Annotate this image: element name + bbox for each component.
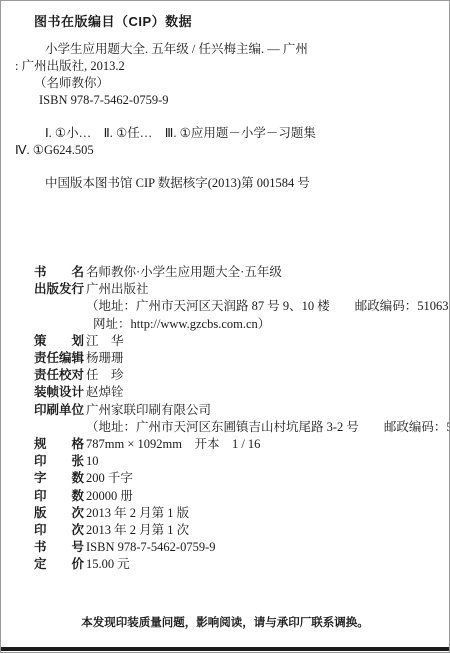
colophon-label: 出版发行: [34, 281, 84, 298]
cip-publisher-line: : 广州出版社, 2013.2: [15, 58, 449, 75]
colophon-row-designer: 装帧设计 赵焯铨: [34, 384, 449, 401]
colophon-row-proofreader: 责任校对 任 珍: [34, 367, 449, 384]
cip-series-line: （名师教你）: [34, 75, 449, 92]
colophon-row-word-count: 字数 200 千字: [34, 470, 449, 487]
colophon-row-printer-address: （地址：广州市天河区东圃镇吉山村坑尾路 3-2 号 邮政编码：510630）: [34, 419, 449, 436]
colophon-value: 任 珍: [86, 367, 124, 384]
colophon-row-impression: 印次 2013 年 2 月第 1 次: [34, 522, 449, 539]
colophon-row-publisher-website: 网址：http://www.gzcbs.com.cn）: [34, 316, 449, 333]
colophon-label: 书号: [34, 539, 84, 556]
colophon-row-price: 定价 15.00 元: [34, 556, 449, 573]
colophon-label: 印刷单位: [34, 402, 84, 419]
cip-registry-line: 中国版本图书馆 CIP 数据核字(2013)第 001584 号: [45, 175, 449, 192]
colophon-label: 规格: [34, 436, 84, 453]
cip-header: 图书在版编目（CIP）数据: [34, 13, 449, 30]
colophon-row-book-title: 书名 名师教你·小学生应用题大全·五年级: [34, 264, 449, 281]
cip-classification-line-1: Ⅰ. ①小… Ⅱ. ①任… Ⅲ. ①应用题－小学－习题集: [45, 125, 449, 142]
colophon-label: 责任编辑: [34, 350, 84, 367]
colophon-value: 2013 年 2 月第 1 版: [86, 505, 189, 522]
colophon-value: （地址：广州市天河区东圃镇吉山村坑尾路 3-2 号 邮政编码：510630）: [86, 419, 450, 436]
colophon-row-printer: 印刷单位 广州家联印刷有限公司: [34, 402, 449, 419]
colophon-label: 印次: [34, 522, 84, 539]
print-quality-notice: 本发现印装质量问题，影响阅读，请与承印厂联系调换。: [1, 616, 449, 630]
colophon-label: 字数: [34, 470, 84, 487]
colophon-value: 20000 册: [86, 488, 133, 505]
colophon-value: 赵焯铨: [86, 384, 124, 401]
colophon-value: 10: [86, 453, 99, 470]
colophon-value: 网址：http://www.gzcbs.com.cn）: [86, 316, 270, 333]
colophon-value: 名师教你·小学生应用题大全·五年级: [86, 264, 282, 281]
colophon-label: 责任校对: [34, 367, 84, 384]
colophon-row-publisher: 出版发行 广州出版社: [34, 281, 449, 298]
colophon-label: 装帧设计: [34, 384, 84, 401]
colophon-row-print-run: 印数 20000 册: [34, 488, 449, 505]
colophon-value: 200 千字: [86, 470, 133, 487]
page-bottom-edge: [1, 647, 449, 651]
colophon-value: 广州出版社: [86, 281, 149, 298]
colophon-table: 书名 名师教你·小学生应用题大全·五年级 出版发行 广州出版社 （地址：广州市天…: [1, 264, 449, 574]
colophon-row-format: 规格 787mm × 1092mm 开本 1 / 16: [34, 436, 449, 453]
colophon-row-publisher-address: （地址：广州市天河区天润路 87 号 9、10 楼 邮政编码：510635: [34, 298, 449, 315]
colophon-label: 印张: [34, 453, 84, 470]
colophon-label: [34, 298, 84, 315]
colophon-label: 印数: [34, 488, 84, 505]
colophon-label: [34, 316, 84, 333]
colophon-value: 江 华: [86, 333, 124, 350]
colophon-label: 书名: [34, 264, 84, 281]
colophon-value: 2013 年 2 月第 1 次: [86, 522, 189, 539]
colophon-label: 定价: [34, 556, 84, 573]
colophon-label: [34, 419, 84, 436]
colophon-value: ISBN 978-7-5462-0759-9: [86, 539, 216, 556]
colophon-value: 杨珊珊: [86, 350, 124, 367]
colophon-row-planner: 策划 江 华: [34, 333, 449, 350]
colophon-row-edition: 版次 2013 年 2 月第 1 版: [34, 505, 449, 522]
cip-isbn-line: ISBN 978-7-5462-0759-9: [39, 92, 449, 109]
colophon-value: 广州家联印刷有限公司: [86, 402, 211, 419]
colophon-label: 版次: [34, 505, 84, 522]
copyright-page: 图书在版编目（CIP）数据 小学生应用题大全. 五年级 / 任兴梅主编. — 广…: [0, 0, 450, 653]
colophon-value: 787mm × 1092mm 开本 1 / 16: [86, 436, 260, 453]
colophon-row-sheets: 印张 10: [34, 453, 449, 470]
colophon-row-editor: 责任编辑 杨珊珊: [34, 350, 449, 367]
colophon-value: （地址：广州市天河区天润路 87 号 9、10 楼 邮政编码：510635: [86, 298, 450, 315]
cip-title-line: 小学生应用题大全. 五年级 / 任兴梅主编. — 广州: [45, 41, 449, 58]
colophon-value: 15.00 元: [86, 556, 130, 573]
cip-classification-line-2: Ⅳ. ①G624.505: [15, 142, 449, 159]
colophon-label: 策划: [34, 333, 84, 350]
colophon-row-isbn: 书号 ISBN 978-7-5462-0759-9: [34, 539, 449, 556]
